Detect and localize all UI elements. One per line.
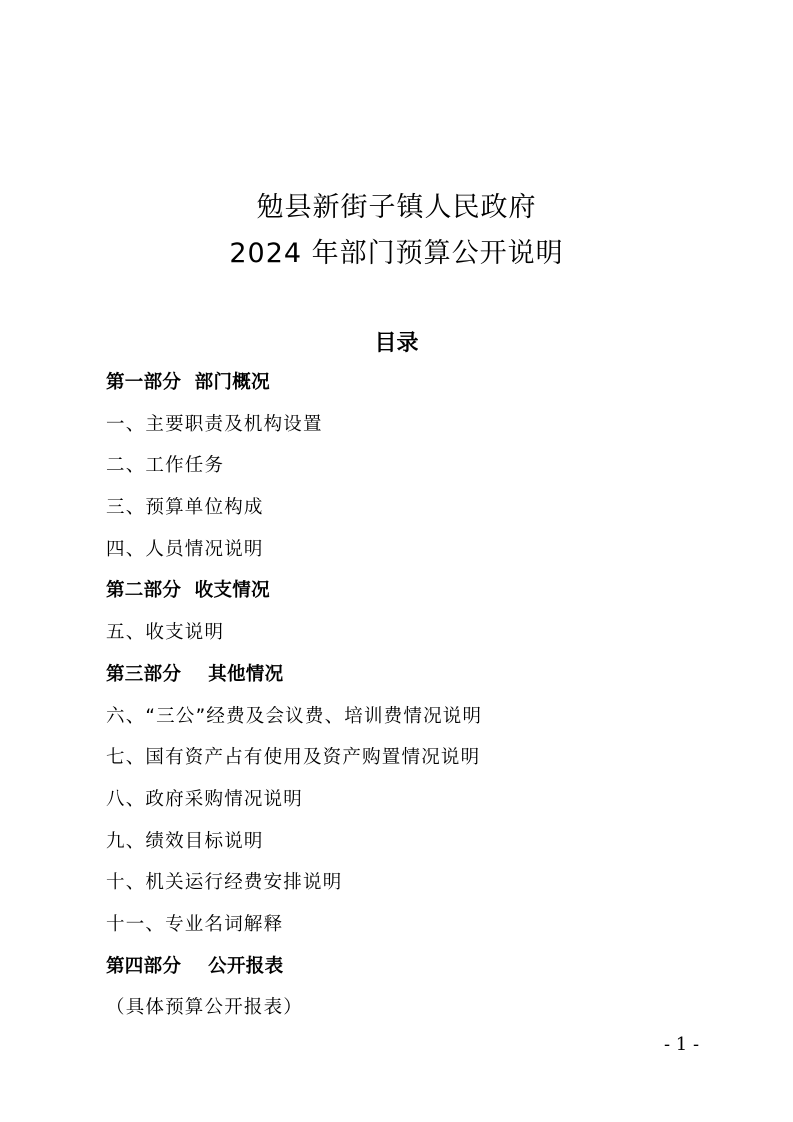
- toc-item-2: 二、工作任务: [106, 451, 482, 493]
- toc-item-8: 八、政府采购情况说明: [106, 785, 482, 827]
- toc-heading: 目录: [0, 326, 793, 357]
- toc-item-7: 七、国有资产占有使用及资产购置情况说明: [106, 743, 482, 785]
- toc-item-5: 五、收支说明: [106, 618, 482, 660]
- document-title-line1: 勉县新街子镇人民政府: [0, 192, 793, 224]
- toc-part-4: 第四部分 公开报表: [106, 952, 482, 994]
- toc-part-1: 第一部分 部门概况: [106, 368, 482, 410]
- document-title-line2: 2024 年部门预算公开说明: [0, 238, 793, 270]
- toc-part-3: 第三部分 其他情况: [106, 660, 482, 702]
- toc-item-1: 一、主要职责及机构设置: [106, 410, 482, 452]
- toc-item-11: 十一、专业名词解释: [106, 910, 482, 952]
- toc-item-9: 九、绩效目标说明: [106, 827, 482, 869]
- page-number: - 1 -: [664, 1034, 699, 1055]
- toc-item-6: 六、“三公”经费及会议费、培训费情况说明: [106, 702, 482, 744]
- toc-item-3: 三、预算单位构成: [106, 493, 482, 535]
- toc-item-10: 十、机关运行经费安排说明: [106, 868, 482, 910]
- toc-part-2: 第二部分 收支情况: [106, 576, 482, 618]
- toc-item-4: 四、人员情况说明: [106, 535, 482, 577]
- toc-item-reports: （具体预算公开报表）: [106, 993, 482, 1035]
- table-of-contents: 第一部分 部门概况 一、主要职责及机构设置 二、工作任务 三、预算单位构成 四、…: [106, 368, 482, 1035]
